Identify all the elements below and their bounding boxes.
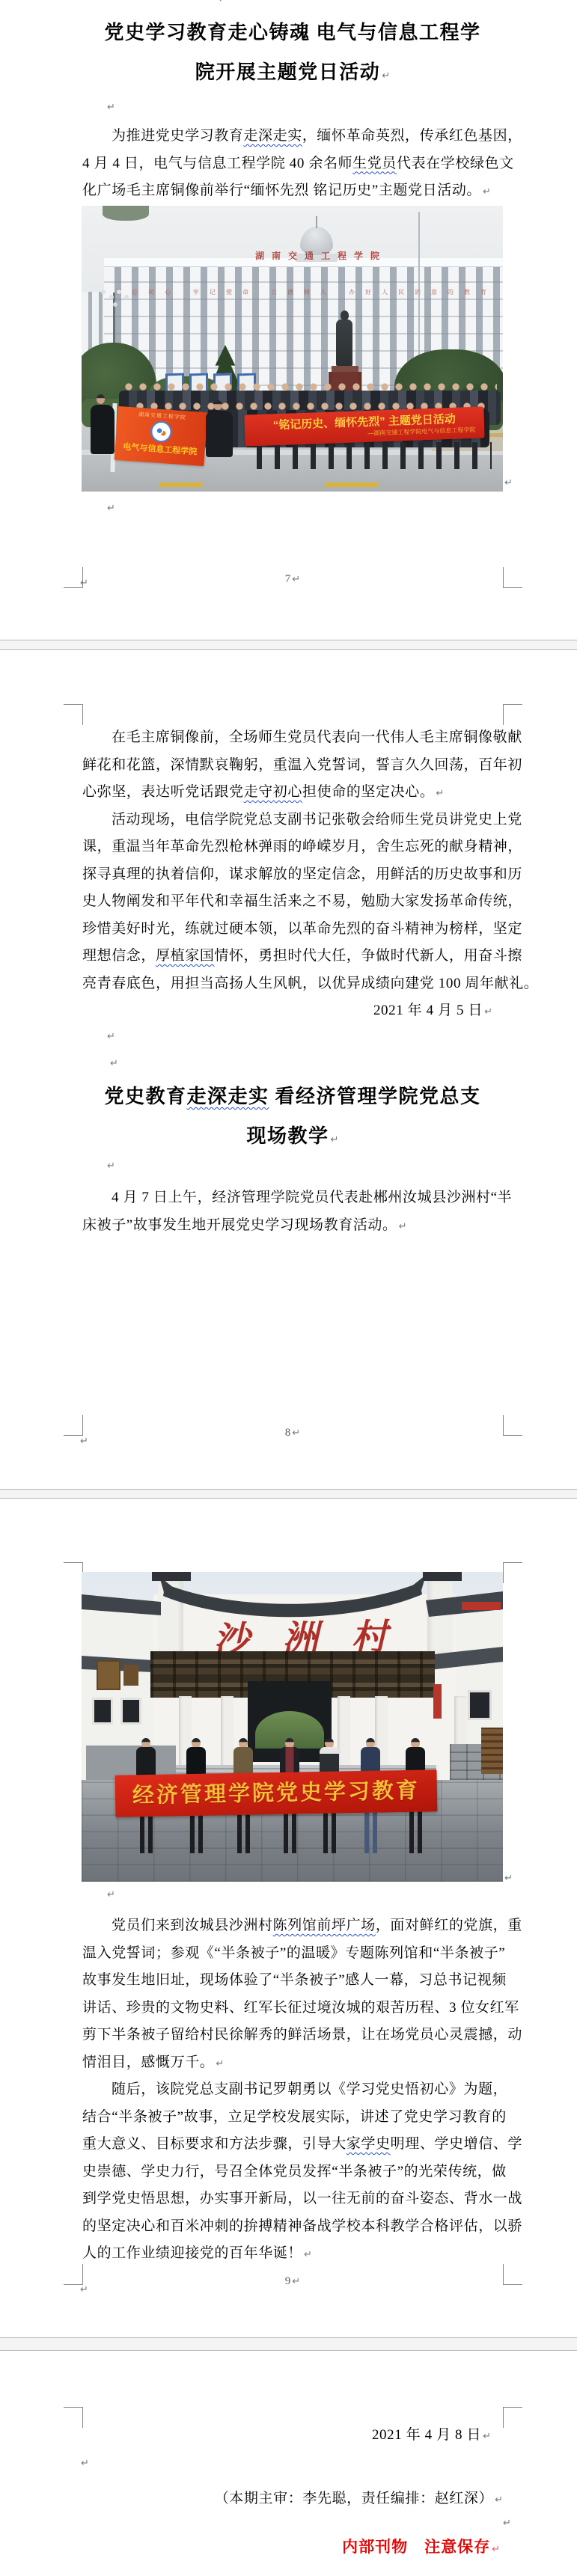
paragraph-mark: ↵ xyxy=(81,2458,89,2469)
text-line: 情泪目，感慨万千。↵ xyxy=(82,2049,503,2077)
page-gap xyxy=(0,640,577,650)
statue-pedestal xyxy=(332,366,358,372)
paragraph-mark: ↵ xyxy=(107,1031,115,1042)
text-line: 为推进党史学习教育走深走实，缅怀革命英烈，传承红色基因， xyxy=(82,123,503,150)
study-banner: 经济管理学院党史学习教育 xyxy=(115,1769,438,1817)
road-marking xyxy=(323,483,379,487)
paragraph-mark: ↵ xyxy=(219,0,227,5)
text-line: 党员们来到汝城县沙洲村陈列馆前坪广场，面对鲜红的党旗，重 xyxy=(82,1912,503,1940)
page-7: ↵ 党史学习教育走心铸魂 电气与信息工程学 院开展主题党日活动↵ ↵ 为推进党史… xyxy=(0,0,577,640)
article2-paragraph1: 4 月 7 日上午，经济管理学院党员代表赴郴州汝城县沙洲村“半 床被子”故事发生… xyxy=(82,1184,503,1239)
paragraph-mark: ↵ xyxy=(399,1221,407,1232)
margin-corner-mark xyxy=(64,2407,83,2428)
paragraph-mark: ↵ xyxy=(110,1058,118,1069)
text-line: 重大意义、目标要求和方法步骤，引导大家学史明理、学史增信、学 xyxy=(82,2131,503,2159)
text-line: 温入党誓词；参观《“半条被子”的温暖》专题陈列馆和“半条被子” xyxy=(82,1940,503,1968)
internal-notice: 内部刊物 注意保存↵ xyxy=(82,2535,503,2557)
article2-title-line2: 现场教学↵ xyxy=(82,1116,503,1156)
text-line: 结合“半条被子”故事，立足学校发展实际，讲述了党史学习教育的 xyxy=(82,2104,503,2132)
paragraph-mark: ↵ xyxy=(382,70,390,82)
article2-date: 2021 年 4 月 8 日↵ xyxy=(82,2423,503,2444)
spellcheck-underline: 厚植家国 xyxy=(156,948,214,964)
page-gap xyxy=(0,1489,577,1499)
page-number: 7↵ xyxy=(82,573,503,586)
margin-corner-mark xyxy=(503,2264,522,2285)
page-number: 8↵ xyxy=(82,1427,503,1440)
crowd-legs xyxy=(252,442,492,469)
college-logo xyxy=(150,420,172,443)
text-line: 4 月 4 日，电气与信息工程学院 40 余名师生党员代表在学校绿色文 xyxy=(82,150,503,178)
text-line: 剪下半条被子留给村民徐解秀的鲜活场景，让在场党员心灵震撼，动 xyxy=(82,2022,503,2049)
text-line: 讲话、珍贵的文物史料、红军长征过境汝城的艰苦历程、3 位女红军 xyxy=(82,1995,503,2022)
paragraph-mark: ↵ xyxy=(436,788,444,799)
wood-plaque xyxy=(97,1660,120,1690)
paragraph-mark: ↵ xyxy=(107,1160,115,1172)
crouching-person-head xyxy=(97,394,105,404)
article2-body: 党员们来到汝城县沙洲村陈列馆前坪广场，面对鲜红的党旗，重 温入党誓词；参观《“半… xyxy=(82,1912,503,2268)
red-vertical-sign xyxy=(433,1684,442,1719)
paragraph-mark: ↵ xyxy=(503,2518,511,2529)
window xyxy=(92,1698,113,1725)
text-line: 活动现场，电信学院党总支副书记张敬会给师生党员讲党史上党 xyxy=(82,807,503,834)
spellcheck-underline: 走守初心 xyxy=(244,784,302,800)
spellcheck-underline: 走深走实 xyxy=(243,128,302,144)
editors-line: （本期主审：李先聪，责任编排：赵红深）↵ xyxy=(82,2487,503,2507)
text-line: 亮青春底色，用担当高扬人生风帆，以优异成绩向建党 100 周年献礼。 xyxy=(82,970,503,998)
facade-slogan-text: 不忘初心 牢记使命 立德树人 办好人民满意的教育 xyxy=(115,288,495,296)
paragraph-mark: ↵ xyxy=(331,1134,339,1145)
crouching-person-head xyxy=(213,400,222,410)
article2-title-line1: 党史教育走深走实 看经济管理学院党总支 xyxy=(82,1077,503,1116)
roof-sign-text: 湖南交通工程学院 xyxy=(216,249,426,262)
paragraph-mark: ↵ xyxy=(292,574,300,585)
text-line: 探寻真理的执着信仰，谋求解放的坚定信念，用鲜活的历史故事和历 xyxy=(82,861,503,889)
margin-corner-mark xyxy=(64,2264,83,2285)
photo-shazhou-village: 沙洲村 xyxy=(82,1572,503,1882)
spellcheck-underline: 陈列馆前坪广场 xyxy=(273,1918,376,1933)
text-line: 史崇德、学史力行，号召全体党员发挥“半条被子”的光荣传统，做 xyxy=(82,2159,503,2186)
paragraph-mark: ↵ xyxy=(216,2058,224,2069)
text-line: 课，重温当年革命先烈枪林弹雨的峥嵘岁月，舍生忘死的献身精神， xyxy=(82,833,503,861)
article1-body: 在毛主席铜像前，全场师生党员代表向一代伟人毛主席铜像敬献 鲜花和花篮，深情默哀鞠… xyxy=(82,724,503,1025)
page-gap xyxy=(0,2337,577,2351)
spellcheck-underline: 生党员 xyxy=(352,156,397,171)
paragraph-mark: ↵ xyxy=(80,1436,88,1447)
window xyxy=(468,1690,492,1720)
flag-bottom-text: 电气与信息工程学院 xyxy=(115,440,205,458)
college-flag: 湖南交通工程学院 电气与信息工程学院 xyxy=(115,406,208,466)
mao-statue xyxy=(336,319,352,367)
text-line: 化广场毛主席铜像前举行“缅怀先烈 铭记历史”主题党日活动。↵ xyxy=(82,177,503,205)
paragraph-mark: ↵ xyxy=(483,2431,491,2442)
paragraph-mark: ↵ xyxy=(80,578,88,589)
paragraph-mark: ↵ xyxy=(495,2494,503,2506)
photo-campus-ceremony: 湖南交通工程学院 不忘初心 牢记使命 立德树人 办好人民满意的教育 xyxy=(82,206,503,492)
text-line: 的坚定决心和百米冲刺的拚搏精神备战学校本科教学合格评估，以骄 xyxy=(82,2213,503,2241)
street-lamp-globes xyxy=(101,290,106,294)
text-line: 床被子”故事发生地开展党史学习现场教育活动。↵ xyxy=(82,1212,503,1240)
text-line: 故事发生地旧址，现场体验了“半条被子”感人一幕，习总书记视频 xyxy=(82,1967,503,1995)
margin-corner-mark xyxy=(503,704,522,725)
page-10: 2021 年 4 月 8 日↵ ↵ （本期主审：李先聪，责任编排：赵红深）↵ ↵… xyxy=(0,2351,577,2576)
margin-corner-mark xyxy=(503,1415,522,1436)
window xyxy=(120,1698,141,1725)
text-line: 随后，该院党总支副书记罗朝勇以《学习党史悟初心》为题， xyxy=(82,2076,503,2104)
article1-title-line1: 党史学习教育走心铸魂 电气与信息工程学 xyxy=(82,13,503,52)
paragraph-mark: ↵ xyxy=(484,1006,492,1018)
banner-text: 经济管理学院党史学习教育 xyxy=(115,1769,438,1817)
road-marking xyxy=(158,483,204,487)
margin-corner-mark xyxy=(503,2407,522,2428)
text-line: 到学党史悟思想，办实事开新局，以一往无前的奋斗姿态、背水一战 xyxy=(82,2185,503,2213)
paragraph-mark: ↵ xyxy=(504,477,513,489)
page-9: 沙洲村 xyxy=(0,1499,577,2337)
page-8: 在毛主席铜像前，全场师生党员代表向一代伟人毛主席铜像敬献 鲜花和花篮，深情默哀鞠… xyxy=(0,650,577,1489)
paragraph-mark: ↵ xyxy=(504,1873,513,1884)
article1-paragraph1: 为推进党史学习教育走深走实，缅怀革命英烈，传承红色基因， 4 月 4 日，电气与… xyxy=(82,123,503,205)
dome-spire xyxy=(316,216,317,228)
text-line: 4 月 7 日上午，经济管理学院党员代表赴郴州汝城县沙洲村“半 xyxy=(82,1184,503,1212)
paragraph-mark: ↵ xyxy=(80,2284,88,2295)
wood-plaque xyxy=(123,1665,138,1686)
text-line: 人的工作业绩迎接党的百年华诞！↵ xyxy=(82,2240,503,2268)
article1-title: 党史学习教育走心铸魂 电气与信息工程学 院开展主题党日活动↵ xyxy=(82,13,503,92)
text-line: 鲜花和花篮，深情默哀鞠躬，重温入党誓词，誓言久久回荡，百年初 xyxy=(82,752,503,780)
margin-corner-mark xyxy=(64,704,83,725)
red-sign xyxy=(462,1602,501,1610)
paragraph-mark: ↵ xyxy=(292,1428,300,1439)
paragraph-mark: ↵ xyxy=(304,2249,312,2260)
document-view: ↵ 党史学习教育走心铸魂 电气与信息工程学 院开展主题党日活动↵ ↵ 为推进党史… xyxy=(0,0,577,2576)
margin-corner-mark xyxy=(64,1415,83,1436)
article2-title: 党史教育走深走实 看经济管理学院党总支 现场教学↵ xyxy=(82,1077,503,1156)
spellcheck-underline: 走深走实 xyxy=(186,1086,269,1107)
margin-corner-mark xyxy=(503,1562,522,1583)
paragraph-mark: ↵ xyxy=(492,2544,500,2555)
tree xyxy=(103,206,149,221)
spellcheck-underline: 家学史 xyxy=(346,2136,391,2152)
article1-title-line2: 院开展主题党日活动↵ xyxy=(82,52,503,92)
paragraph-mark: ↵ xyxy=(292,2276,300,2287)
lattice-screen xyxy=(481,1728,503,1774)
text-line: 史人物阐发和平年代和幸福生活来之不易，勉励大家发扬革命传统， xyxy=(82,888,503,916)
paragraph-mark: ↵ xyxy=(107,503,115,514)
text-line: 心弥坚，表达听党话跟党走守初心担使命的坚定决心。↵ xyxy=(82,779,503,807)
text-line: 理想信念，厚植家国情怀，勇担时代大任，争做时代新人，用奋斗擦 xyxy=(82,943,503,970)
crouching-person xyxy=(91,405,115,454)
margin-corner-mark xyxy=(64,1562,83,1583)
page-number: 9↵ xyxy=(82,2275,503,2288)
paragraph-mark: ↵ xyxy=(483,186,491,198)
crouching-person xyxy=(206,411,233,457)
margin-corner-mark xyxy=(503,567,522,588)
flagpole xyxy=(418,212,420,361)
paragraph-mark: ↵ xyxy=(107,1889,115,1900)
paragraph-mark: ↵ xyxy=(107,102,115,113)
text-line: 在毛主席铜像前，全场师生党员代表向一代伟人毛主席铜像敬献 xyxy=(82,724,503,752)
article1-date: 2021 年 4 月 5 日↵ xyxy=(82,997,503,1025)
text-line: 珍惜美好时光，练就过硬本领，以革命先烈的奋斗精神为榜样，坚定 xyxy=(82,916,503,943)
